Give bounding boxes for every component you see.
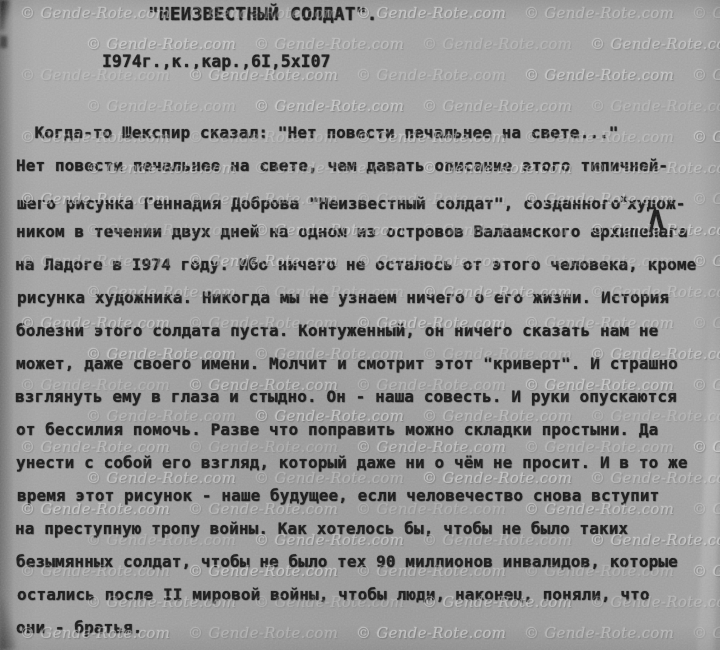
scan-smudge-top-left xyxy=(0,0,10,30)
line-segment: шего рисунка Геннадия Доброва "Неизвестн… xyxy=(17,194,620,213)
artwork-medium-details: I974г.,к.,кар.,6I,5хI07 xyxy=(102,52,330,71)
left-edge-shadow xyxy=(0,0,14,650)
watermark-text: © Gende-Rote.com xyxy=(356,4,506,22)
scan-speck-left-edge xyxy=(0,36,7,48)
document-line: от бессилия помочь. Разве что поправить … xyxy=(16,413,716,446)
document-line: на преступную тропу войны. Как хотелось … xyxy=(15,512,715,545)
watermark-text: © Gende-Rote.com xyxy=(254,35,404,53)
watermark-text: © Gende-Rote.com xyxy=(524,66,674,84)
watermark-text: © Gende-Rote.com xyxy=(422,97,572,115)
insertion-caret-mark: Λ xyxy=(648,206,665,241)
watermark-text: © Gende-Rote.com xyxy=(692,66,720,84)
document-line: рисунка художника. Никогда мы не узнаем … xyxy=(17,281,717,314)
document-line: время этот рисунок - наше будущее, если … xyxy=(17,479,717,512)
document-line: унести с собой его взгляд, который даже … xyxy=(16,446,716,479)
watermark-text: © Gende-Rote.com xyxy=(356,66,506,84)
watermark-text: © Gende-Rote.com xyxy=(692,4,720,22)
document-line: болезни этого солдата пуста. Контуженный… xyxy=(16,314,716,347)
watermark-text: © Gende-Rote.com xyxy=(86,35,236,53)
document-line: может, даже своего имени. Молчит и смотр… xyxy=(16,347,716,380)
scanned-document-page: © Gende-Rote.com© Gende-Rote.com© Gende-… xyxy=(0,0,720,650)
watermark-text: © Gende-Rote.com xyxy=(86,97,236,115)
document-body: Когда-то Шекспир сказал: "Нет повести пе… xyxy=(16,116,716,644)
document-line: безымянных солдат, чтобы не было тех 90 … xyxy=(16,545,716,578)
document-line: ником в течении двух дней на одном из ос… xyxy=(16,215,716,248)
watermark-text: © Gende-Rote.com xyxy=(422,35,572,53)
document-line: они - братья. xyxy=(16,611,716,644)
scan-shadow-bottom-left xyxy=(0,598,16,650)
watermark-text: © Gende-Rote.com xyxy=(524,4,674,22)
artwork-title: "НЕИЗВЕСТНЫЙ СОЛДАТ". xyxy=(148,5,378,25)
document-line: на Ладоге в I974 году. Ибо ничего не ост… xyxy=(15,248,715,281)
watermark-text: © Gende-Rote.com xyxy=(590,35,720,53)
document-line: шего рисунка Геннадия Доброва "Неизвестн… xyxy=(17,182,717,215)
watermark-text: © Gende-Rote.com xyxy=(590,97,720,115)
document-line: остались после II мировой войны, чтобы л… xyxy=(17,578,717,611)
document-line: Когда-то Шекспир сказал: "Нет повести пе… xyxy=(15,116,715,149)
watermark-text: © Gende-Rote.com xyxy=(254,97,404,115)
document-line: Нет повести печальнее на свете, чем дава… xyxy=(16,149,716,182)
document-line: взглянуть ему в глаза и стыдно. Он - наш… xyxy=(15,380,715,413)
